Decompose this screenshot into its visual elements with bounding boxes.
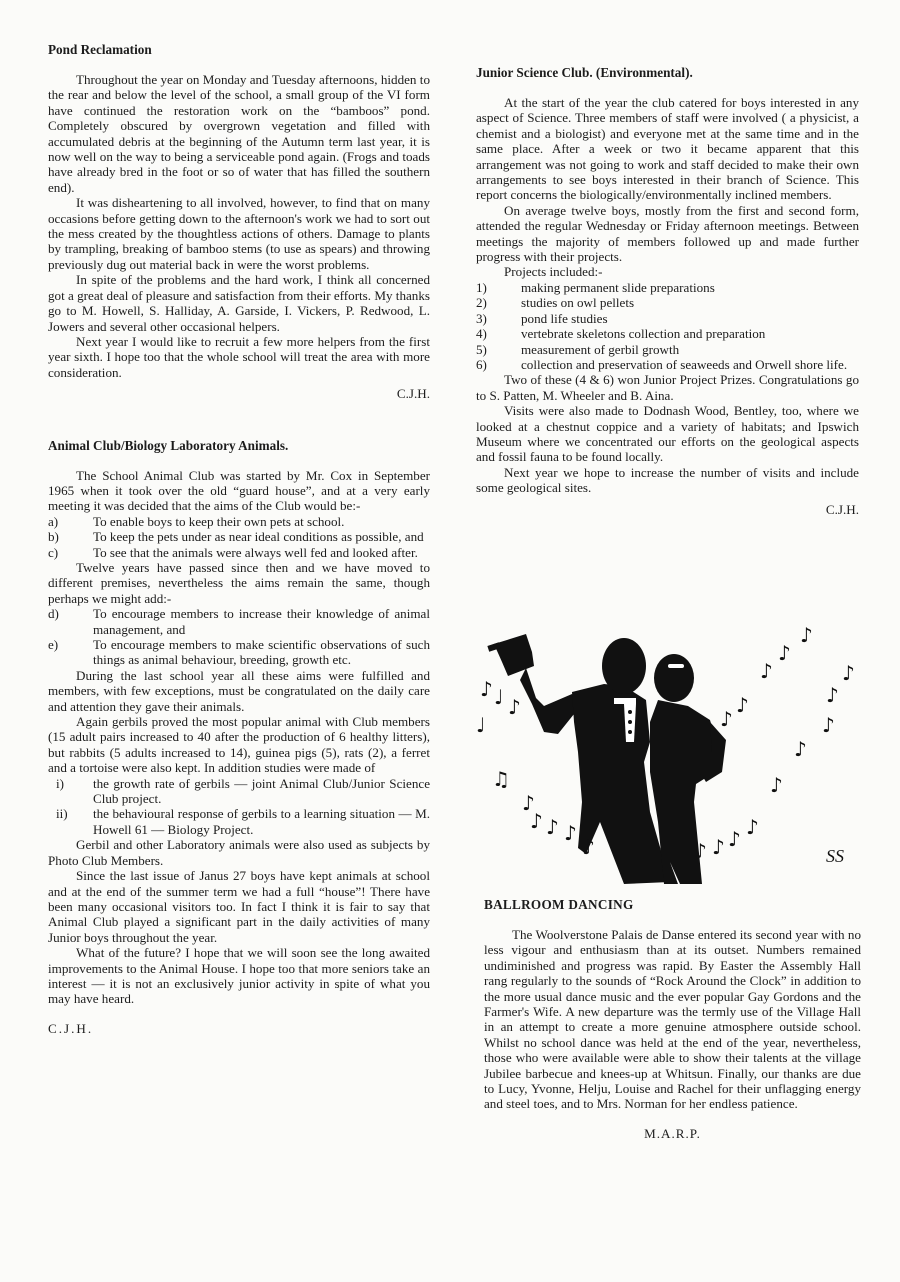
junior-signature: C.J.H. — [476, 502, 859, 517]
animal-gerbils: Again gerbils proved the most popular an… — [48, 714, 430, 776]
junior-title: Junior Science Club. (Environmental). — [476, 65, 859, 81]
aim-item: e)To encourage members to make scientifi… — [48, 637, 430, 668]
pond-signature: C.J.H. — [48, 386, 430, 401]
junior-next: Next year we hope to increase the number… — [476, 465, 859, 496]
svg-text:♪: ♪ — [746, 815, 759, 839]
animal-photo: Gerbil and other Laboratory animals were… — [48, 837, 430, 868]
svg-text:♪: ♪ — [720, 707, 733, 731]
left-column: Pond Reclamation Throughout the year on … — [48, 42, 430, 1036]
svg-text:♪: ♪ — [822, 713, 835, 737]
junior-science-article: Junior Science Club. (Environmental). At… — [476, 65, 859, 517]
animal-signature: C.J.H. — [48, 1021, 430, 1036]
junior-visits: Visits were also made to Dodnash Wood, B… — [476, 403, 859, 465]
ballroom-paragraph: The Woolverstone Palais de Danse entered… — [484, 927, 861, 1112]
svg-text:♪: ♪ — [760, 659, 773, 683]
svg-text:♪: ♪ — [736, 693, 749, 717]
pond-paragraph: It was disheartening to all involved, ho… — [48, 195, 430, 272]
animal-janus: Since the last issue of Janus 27 boys ha… — [48, 868, 430, 945]
project-item: 6)collection and preservation of seaweed… — [476, 357, 859, 372]
project-item: 4)vertebrate skeletons collection and pr… — [476, 326, 859, 341]
right-column: Junior Science Club. (Environmental). At… — [476, 65, 859, 517]
aim-item: a)To enable boys to keep their own pets … — [48, 514, 430, 529]
ballroom-article: BALLROOM DANCING The Woolverstone Palais… — [484, 897, 861, 1141]
study-item: i)the growth rate of gerbils — joint Ani… — [48, 776, 430, 807]
svg-text:♪: ♪ — [712, 835, 725, 859]
animal-club-article: Animal Club/Biology Laboratory Animals. … — [48, 438, 430, 1037]
aims-list-first: a)To enable boys to keep their own pets … — [48, 514, 430, 560]
animal-title: Animal Club/Biology Laboratory Animals. — [48, 438, 430, 454]
svg-text:♪: ♪ — [694, 839, 707, 863]
pond-paragraph: Next year I would like to recruit a few … — [48, 334, 430, 380]
svg-text:♪: ♪ — [800, 623, 813, 647]
ballroom-title: BALLROOM DANCING — [484, 897, 861, 913]
pond-paragraph: In spite of the problems and the hard wo… — [48, 272, 430, 334]
svg-text:♪: ♪ — [530, 809, 543, 833]
svg-text:♪: ♪ — [728, 827, 741, 851]
project-item: 5)measurement of gerbil growth — [476, 342, 859, 357]
animal-intro: The School Animal Club was started by Mr… — [48, 468, 430, 514]
aim-item: d)To encourage members to increase their… — [48, 606, 430, 637]
study-item: ii)the behavioural response of gerbils t… — [48, 806, 430, 837]
project-item: 3)pond life studies — [476, 311, 859, 326]
aim-item: c)To see that the animals were always we… — [48, 545, 430, 560]
junior-prizes: Two of these (4 & 6) won Junior Project … — [476, 372, 859, 403]
ballroom-signature: M.A.R.P. — [484, 1126, 861, 1141]
animal-future: What of the future? I hope that we will … — [48, 945, 430, 1007]
animal-middle: Twelve years have passed since then and … — [48, 560, 430, 606]
svg-text:♪: ♪ — [582, 835, 595, 859]
pond-paragraph: Throughout the year on Monday and Tuesda… — [48, 72, 430, 195]
projects-intro: Projects included:- — [476, 264, 859, 279]
project-item: 2)studies on owl pellets — [476, 295, 859, 310]
svg-text:♪: ♪ — [480, 677, 493, 701]
dancers-silhouette-icon: ♪♩♪ ♩♫ ♪♪♪ ♪♪ ♪♪♪ ♪♪ ♪♪♪ ♪♪♪ ♪♪♪ SS — [474, 622, 864, 890]
aim-item: b)To keep the pets under as near ideal c… — [48, 529, 430, 544]
svg-text:♩: ♩ — [494, 685, 503, 709]
svg-text:♪: ♪ — [564, 821, 577, 845]
studies-list: i)the growth rate of gerbils — joint Ani… — [48, 776, 430, 838]
svg-text:♪: ♪ — [826, 683, 839, 707]
projects-list: 1)making permanent slide preparations 2)… — [476, 280, 859, 372]
svg-text:♫: ♫ — [492, 767, 510, 791]
pond-reclamation-article: Pond Reclamation Throughout the year on … — [48, 42, 430, 402]
svg-text:♪: ♪ — [794, 737, 807, 761]
junior-start: At the start of the year the club catere… — [476, 95, 859, 203]
artist-initials: SS — [826, 846, 844, 866]
aims-list-second: d)To encourage members to increase their… — [48, 606, 430, 668]
svg-text:♪: ♪ — [778, 641, 791, 665]
pond-title: Pond Reclamation — [48, 42, 430, 58]
svg-text:♪: ♪ — [546, 815, 559, 839]
svg-text:♩: ♩ — [476, 713, 485, 737]
ballroom-dancers-illustration: ♪♩♪ ♩♫ ♪♪♪ ♪♪ ♪♪♪ ♪♪ ♪♪♪ ♪♪♪ ♪♪♪ SS — [474, 622, 864, 890]
junior-average: On average twelve boys, mostly from the … — [476, 203, 859, 265]
svg-text:♪: ♪ — [770, 773, 783, 797]
project-item: 1)making permanent slide preparations — [476, 280, 859, 295]
animal-fulfilled: During the last school year all these ai… — [48, 668, 430, 714]
svg-text:♪: ♪ — [842, 661, 855, 685]
svg-text:♪: ♪ — [508, 695, 521, 719]
